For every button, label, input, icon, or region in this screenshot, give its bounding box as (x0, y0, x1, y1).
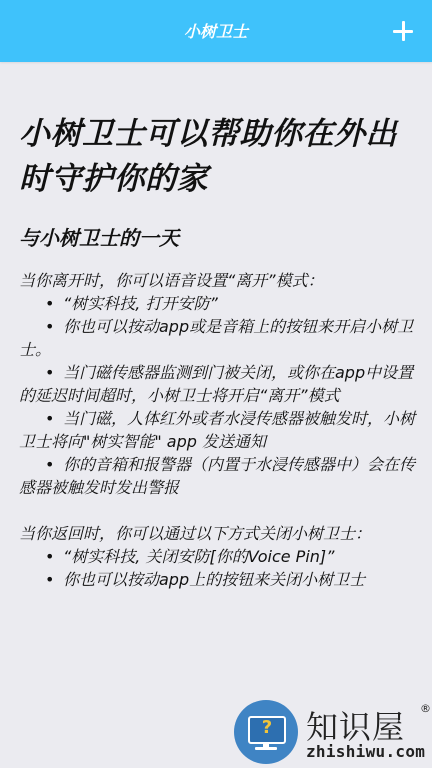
monitor-base (255, 747, 277, 750)
bullet-icon: • (45, 292, 63, 315)
bullet-icon: • (45, 361, 63, 384)
bullet-icon: • (45, 453, 63, 476)
list-item: •“树实科技, 关闭安防[你的Voice Pin]” (19, 545, 419, 568)
bullet-icon: • (45, 545, 63, 568)
list-item: •当门磁，人体红外或者水浸传感器被触发时，小树卫士将向"树实智能" app 发送… (19, 407, 419, 453)
list-item: •你的音箱和报警器（内置于水浸传感器中）会在传感器被触发时发出警报 (19, 453, 419, 499)
away-intro: 当你离开时，你可以语音设置“离开”模式： (19, 269, 419, 292)
monitor-icon: ? (248, 716, 286, 744)
monitor-question-icon: ? (234, 700, 298, 764)
bullet-icon: • (45, 407, 63, 430)
away-bullet-list: •“树实科技, 打开安防” •你也可以按动app或是音箱上的按钮来开启小树卫士。… (19, 292, 419, 499)
list-item: •“树实科技, 打开安防” (19, 292, 419, 315)
return-intro: 当你返回时，你可以通过以下方式关闭小树卫士： (19, 522, 419, 545)
article-content: 小树卫士可以帮助你在外出时守护你的家 与小树卫士的一天 当你离开时，你可以语音设… (19, 112, 419, 591)
return-mode-section: 当你返回时，你可以通过以下方式关闭小树卫士： •“树实科技, 关闭安防[你的Vo… (19, 522, 419, 591)
plus-icon-vertical (402, 21, 405, 41)
app-title: 小树卫士 (0, 0, 432, 62)
watermark-url: zhishiwu.com (306, 742, 425, 761)
registered-mark-icon: ® (420, 702, 431, 715)
bullet-icon: • (45, 568, 63, 591)
watermark-logo: ? 知识屋 ® zhishiwu.com (234, 700, 432, 768)
add-button[interactable] (388, 16, 418, 46)
list-item: •你也可以按动app或是音箱上的按钮来开启小树卫士。 (19, 315, 419, 361)
page-headline: 小树卫士可以帮助你在外出时守护你的家 (19, 112, 419, 202)
top-app-bar: 小树卫士 (0, 0, 432, 62)
bullet-icon: • (45, 315, 63, 338)
app-screen: 小树卫士 小树卫士可以帮助你在外出时守护你的家 与小树卫士的一天 当你离开时，你… (0, 0, 432, 768)
return-bullet-list: •“树实科技, 关闭安防[你的Voice Pin]” •你也可以按动app上的按… (19, 545, 419, 591)
list-item: •你也可以按动app上的按钮来关闭小树卫士 (19, 568, 419, 591)
away-mode-section: 当你离开时，你可以语音设置“离开”模式： •“树实科技, 打开安防” •你也可以… (19, 269, 419, 499)
question-mark-icon: ? (250, 717, 284, 738)
list-item: •当门磁传感器监测到门被关闭，或你在app中设置的延迟时间超时，小树卫士将开启“… (19, 361, 419, 407)
section-subheading: 与小树卫士的一天 (19, 224, 419, 252)
